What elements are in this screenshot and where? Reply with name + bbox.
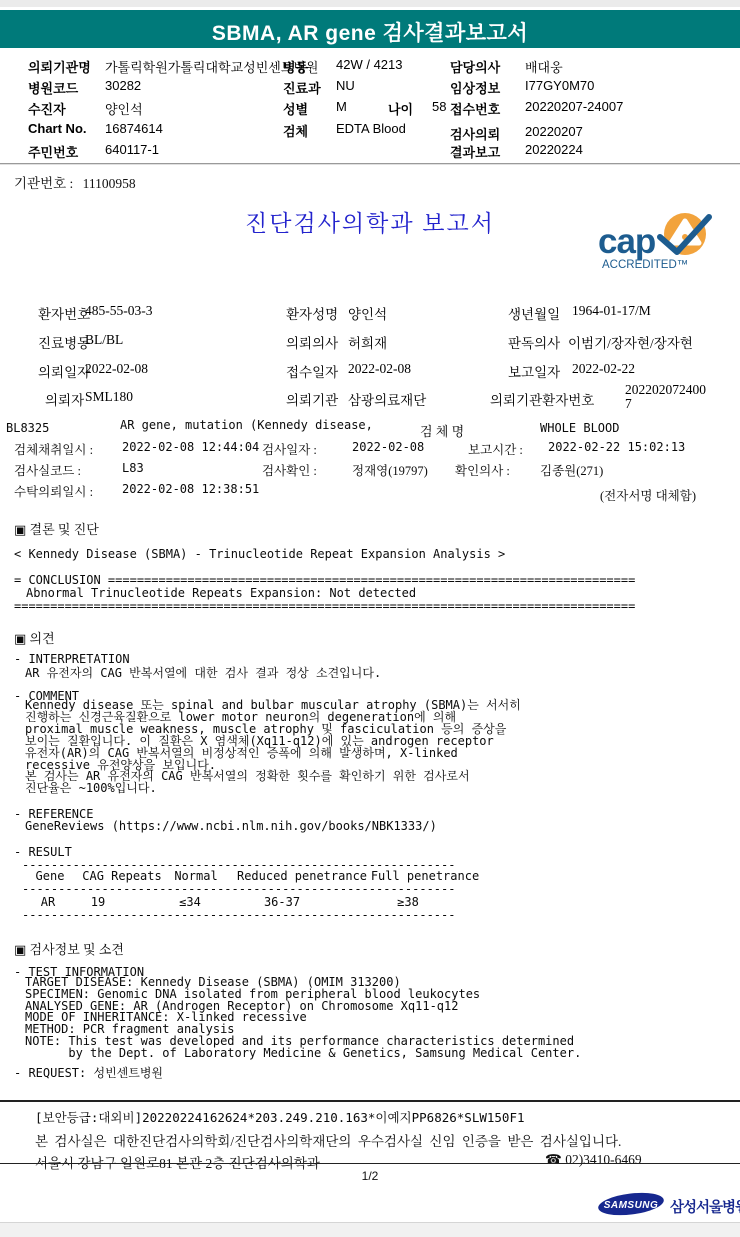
org-number-value: 11100958: [83, 176, 136, 191]
clinical-info-value: I77GY0M70: [525, 78, 594, 93]
referring-org-label: 의뢰기관: [286, 389, 338, 409]
header-divider: [0, 163, 740, 165]
conclusion-subtitle: < Kennedy Disease (SBMA) - Trinucleotide…: [14, 547, 505, 561]
conclusion-heading: ▣ 결론 및 진단: [14, 519, 99, 538]
patient-value: 양인석: [105, 99, 143, 118]
samsung-logo-text: SAMSUNG: [604, 1200, 659, 1211]
result-label: - RESULT: [14, 845, 72, 859]
sex-label: 성별: [283, 99, 308, 118]
lab-code-label: 검사실코드 :: [14, 461, 81, 479]
chart-no-value: 16874614: [105, 121, 163, 136]
cap-accredited-text: ACCREDITED™: [602, 259, 688, 271]
clinical-info-label: 임상정보: [450, 78, 500, 97]
age-label: 나이: [388, 99, 413, 118]
requesting-org-label: 의뢰기관명: [28, 57, 91, 76]
report-page: SBMA, AR gene 검사결과보고서 의뢰기관명 가톨릭학원가톨릭대학교성…: [0, 0, 740, 1237]
test-name: AR gene, mutation (Kennedy disease,: [120, 418, 373, 432]
entrust-label: 수탁의뢰일시 :: [14, 482, 93, 500]
specimen-name-value: WHOLE BLOOD: [540, 421, 619, 435]
care-ward-label: 진료병동: [38, 332, 90, 352]
test-date-label: 검사일자 :: [262, 440, 317, 458]
receipt-no-value: 20220207-24007: [525, 99, 623, 114]
result-divider-bottom: ----------------------------------------…: [22, 908, 455, 922]
birth-date-label: 생년월일: [508, 303, 560, 323]
specimen-value: EDTA Blood: [336, 121, 406, 136]
hospital-code-value: 30282: [105, 78, 141, 93]
bottom-gray-strip: [0, 1222, 740, 1237]
result-divider-mid: ----------------------------------------…: [22, 882, 455, 896]
sex-value: M: [336, 99, 347, 114]
esign-note: (전자서명 대체함): [600, 486, 696, 504]
phone-number: ☎ 02)3410-6469: [545, 1152, 642, 1168]
requester-label: 의뢰자: [45, 389, 84, 409]
collected-label: 검체채취일시 :: [14, 440, 93, 458]
request-line: - REQUEST: 성빈센트병원: [14, 1064, 163, 1081]
ward-label: 병동: [283, 57, 308, 76]
birth-date-value: 1964-01-17/M: [572, 303, 651, 319]
result-header-normal: Normal: [174, 869, 217, 883]
result-gene-value: AR: [41, 895, 55, 909]
reference-text: GeneReviews (https://www.ncbi.nlm.nih.go…: [25, 819, 437, 833]
org-number-row: 기관번호 : 11100958: [14, 172, 136, 192]
result-report-label: 결과보고: [450, 142, 500, 161]
doctor-value: 배대웅: [525, 57, 563, 76]
receipt-date-value: 2022-02-08: [348, 361, 411, 377]
conclusion-text: Abnormal Trinucleotide Repeats Expansion…: [26, 586, 416, 600]
result-report-value: 20220224: [525, 142, 583, 157]
confirm-doctor-value: 김종원(271): [540, 461, 603, 479]
resident-no-label: 주민번호: [28, 142, 78, 161]
entrust-value: 2022-02-08 12:38:51: [122, 482, 259, 496]
lab-code-value: L83: [122, 461, 144, 475]
accreditation-line: 본 검사실은 대한진단검사의학회/진단검사의학재단의 우수검사실 신임 인증을 …: [35, 1130, 621, 1150]
samsung-logo-icon: SAMSUNG: [597, 1190, 667, 1218]
specimen-name-label: 검 체 명: [420, 421, 464, 440]
conclusion-rule-bottom: ========================================…: [14, 599, 635, 613]
result-reduced-penetrance-value: 36-37: [264, 895, 300, 909]
ward-value: 42W / 4213: [336, 57, 403, 72]
result-header-full-penetrance: Full penetrance: [371, 869, 479, 883]
result-header-reduced-penetrance: Reduced penetrance: [237, 869, 367, 883]
report-date-label: 보고일자: [508, 361, 560, 381]
cap-logo-text: cap: [598, 222, 655, 261]
test-request-value: 20220207: [525, 124, 583, 139]
result-full-penetrance-value: ≥38: [397, 895, 419, 909]
referring-doctor-label: 의뢰의사: [286, 332, 338, 352]
requester-value: SML180: [85, 389, 133, 405]
report-date-value: 2022-02-22: [572, 361, 635, 377]
chart-no-label: Chart No.: [28, 121, 87, 136]
receipt-no-label: 접수번호: [450, 99, 500, 118]
request-date-label: 의뢰일자: [38, 361, 90, 381]
verify-value: 정재영(19797): [352, 461, 428, 479]
dept-label: 진료과: [283, 78, 321, 97]
report-time-value: 2022-02-22 15:02:13: [548, 440, 685, 454]
page-number: 1/2: [0, 1169, 740, 1183]
org-patient-no-label: 의뢰기관환자번호: [490, 389, 594, 409]
report-time-label: 보고시간 :: [468, 440, 523, 458]
comment-text: Kennedy disease 또는 spinal and bulbar mus…: [25, 700, 521, 795]
top-gray-strip: [0, 0, 740, 8]
verify-label: 검사확인 :: [262, 461, 317, 479]
test-request-label: 검사의뢰: [450, 124, 500, 143]
doctor-label: 담당의사: [450, 57, 500, 76]
referring-doctor-value: 허희재: [348, 332, 387, 352]
request-date-value: 2022-02-08: [85, 361, 148, 377]
result-header-cag-repeats: CAG Repeats: [82, 869, 161, 883]
patient-id-label: 환자번호: [38, 303, 90, 323]
dept-value: NU: [336, 78, 355, 93]
test-info-body: TARGET DISEASE: Kennedy Disease (SBMA) (…: [25, 977, 581, 1060]
collected-value: 2022-02-08 12:44:04: [122, 440, 259, 454]
referring-org-value: 삼광의료재단: [348, 389, 426, 409]
specimen-label: 검체: [283, 121, 308, 140]
patient-name-value: 양인석: [348, 303, 387, 323]
opinion-heading: ▣ 의견: [14, 628, 55, 647]
patient-id-value: 485-55-03-3: [85, 303, 153, 319]
reading-doctor-value: 이범기/장자현/장자현: [568, 332, 693, 352]
confirm-doctor-label: 확인의사 :: [455, 461, 510, 479]
age-value: 58: [432, 99, 446, 114]
security-line: [보안등급:대외비]20220224162624*203.249.210.163…: [35, 1108, 525, 1126]
org-patient-no-value: 2022020724007: [625, 383, 709, 411]
test-code: BL8325: [6, 421, 49, 435]
result-normal-value: ≤34: [179, 895, 201, 909]
test-info-heading: ▣ 검사정보 및 소견: [14, 939, 124, 958]
care-ward-value: BL/BL: [85, 332, 123, 348]
result-header-gene: Gene: [36, 869, 65, 883]
interpretation-text: AR 유전자의 CAG 반복서열에 대한 검사 결과 정상 소견입니다.: [25, 664, 381, 681]
cap-accredited-logo: cap ACCREDITED™: [596, 210, 718, 274]
org-number-label: 기관번호 :: [14, 176, 73, 191]
resident-no-value: 640117-1: [105, 142, 159, 157]
footer-rule-bottom: [0, 1163, 740, 1164]
conclusion-rule-top: = CONCLUSION ===========================…: [14, 573, 635, 587]
report-main-title: SBMA, AR gene 검사결과보고서: [0, 17, 740, 47]
receipt-date-label: 접수일자: [286, 361, 338, 381]
result-cag-repeats-value: 19: [91, 895, 105, 909]
hospital-code-label: 병원코드: [28, 78, 78, 97]
test-date-value: 2022-02-08: [352, 440, 424, 454]
patient-label: 수진자: [28, 99, 66, 118]
hospital-logo-text: 삼성서울병원: [670, 1196, 740, 1217]
footer-rule-top: [0, 1100, 740, 1102]
patient-name-label: 환자성명: [286, 303, 338, 323]
reading-doctor-label: 판독의사: [508, 332, 560, 352]
